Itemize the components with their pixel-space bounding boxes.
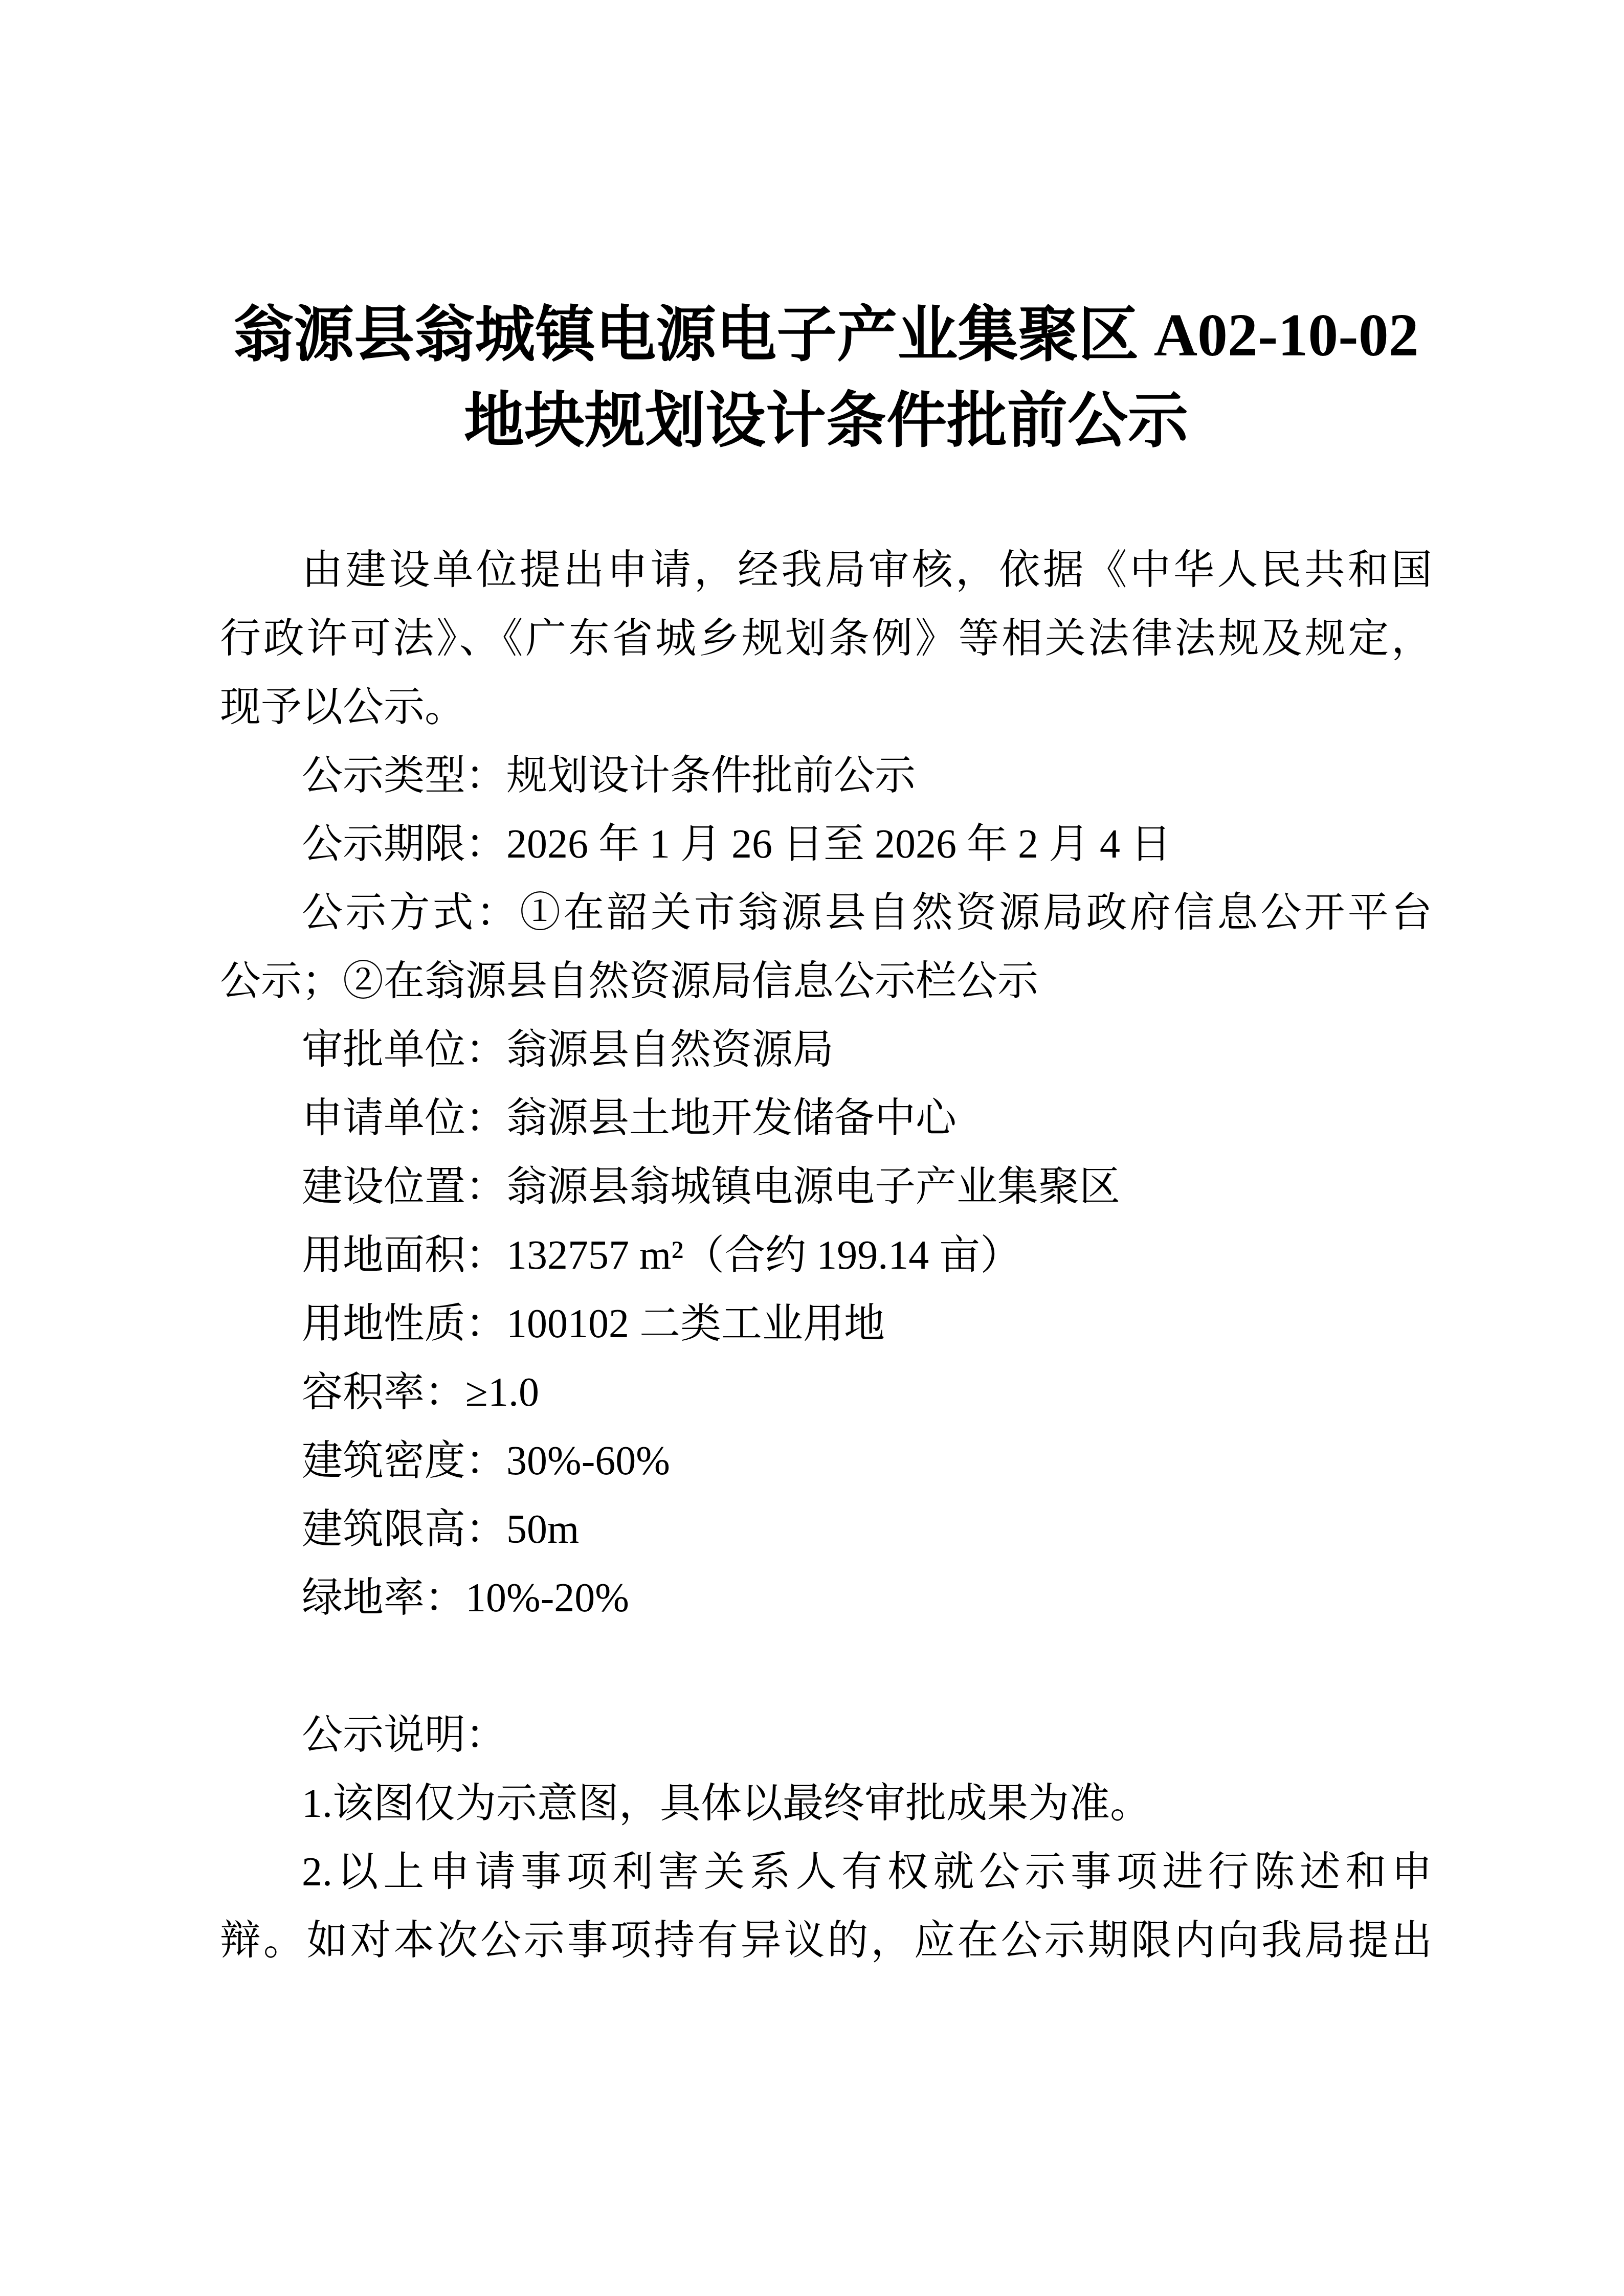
text-line: 由建设单位提出申请，经我局审核，依据《中华人民共和国 xyxy=(220,536,1432,604)
text-line: 公示说明： xyxy=(220,1701,1432,1769)
text-line: 建筑限高：50m xyxy=(220,1495,1432,1564)
document-body: 由建设单位提出申请，经我局审核，依据《中华人民共和国行政许可法》、《广东省城乡规… xyxy=(220,536,1432,1975)
document-page: 翁源县翁城镇电源电子产业集聚区 A02-10-02 地块规划设计条件批前公示 由… xyxy=(0,0,1624,2296)
text-line: 1.该图仅为示意图，具体以最终审批成果为准。 xyxy=(220,1769,1432,1838)
text-line: 现予以公示。 xyxy=(220,673,1432,741)
text-line: 2.以上申请事项利害关系人有权就公示事项进行陈述和申 xyxy=(220,1838,1432,1906)
text-line: 公示类型：规划设计条件批前公示 xyxy=(220,741,1432,810)
document-title: 翁源县翁城镇电源电子产业集聚区 A02-10-02 地块规划设计条件批前公示 xyxy=(220,292,1432,464)
text-line: 公示；②在翁源县自然资源局信息公示栏公示 xyxy=(220,947,1432,1016)
title-line-1: 翁源县翁城镇电源电子产业集聚区 A02-10-02 xyxy=(220,292,1432,378)
blank-line xyxy=(220,1632,1432,1701)
title-line-2: 地块规划设计条件批前公示 xyxy=(220,378,1432,464)
text-line: 用地性质：100102 二类工业用地 xyxy=(220,1290,1432,1358)
text-line: 公示方式：①在韶关市翁源县自然资源局政府信息公开平台 xyxy=(220,879,1432,947)
text-line: 绿地率：10%-20% xyxy=(220,1564,1432,1632)
text-line: 行政许可法》、《广东省城乡规划条例》等相关法律法规及规定， xyxy=(220,604,1432,673)
text-line: 建设位置：翁源县翁城镇电源电子产业集聚区 xyxy=(220,1153,1432,1221)
text-line: 辩。如对本次公示事项持有异议的，应在公示期限内向我局提出 xyxy=(220,1906,1432,1975)
text-line: 审批单位：翁源县自然资源局 xyxy=(220,1016,1432,1084)
text-line: 公示期限：2026 年 1 月 26 日至 2026 年 2 月 4 日 xyxy=(220,810,1432,879)
text-line: 建筑密度：30%-60% xyxy=(220,1427,1432,1495)
text-line: 容积率：≥1.0 xyxy=(220,1358,1432,1427)
text-line: 用地面积：132757 m²（合约 199.14 亩） xyxy=(220,1221,1432,1290)
text-line: 申请单位：翁源县土地开发储备中心 xyxy=(220,1084,1432,1153)
